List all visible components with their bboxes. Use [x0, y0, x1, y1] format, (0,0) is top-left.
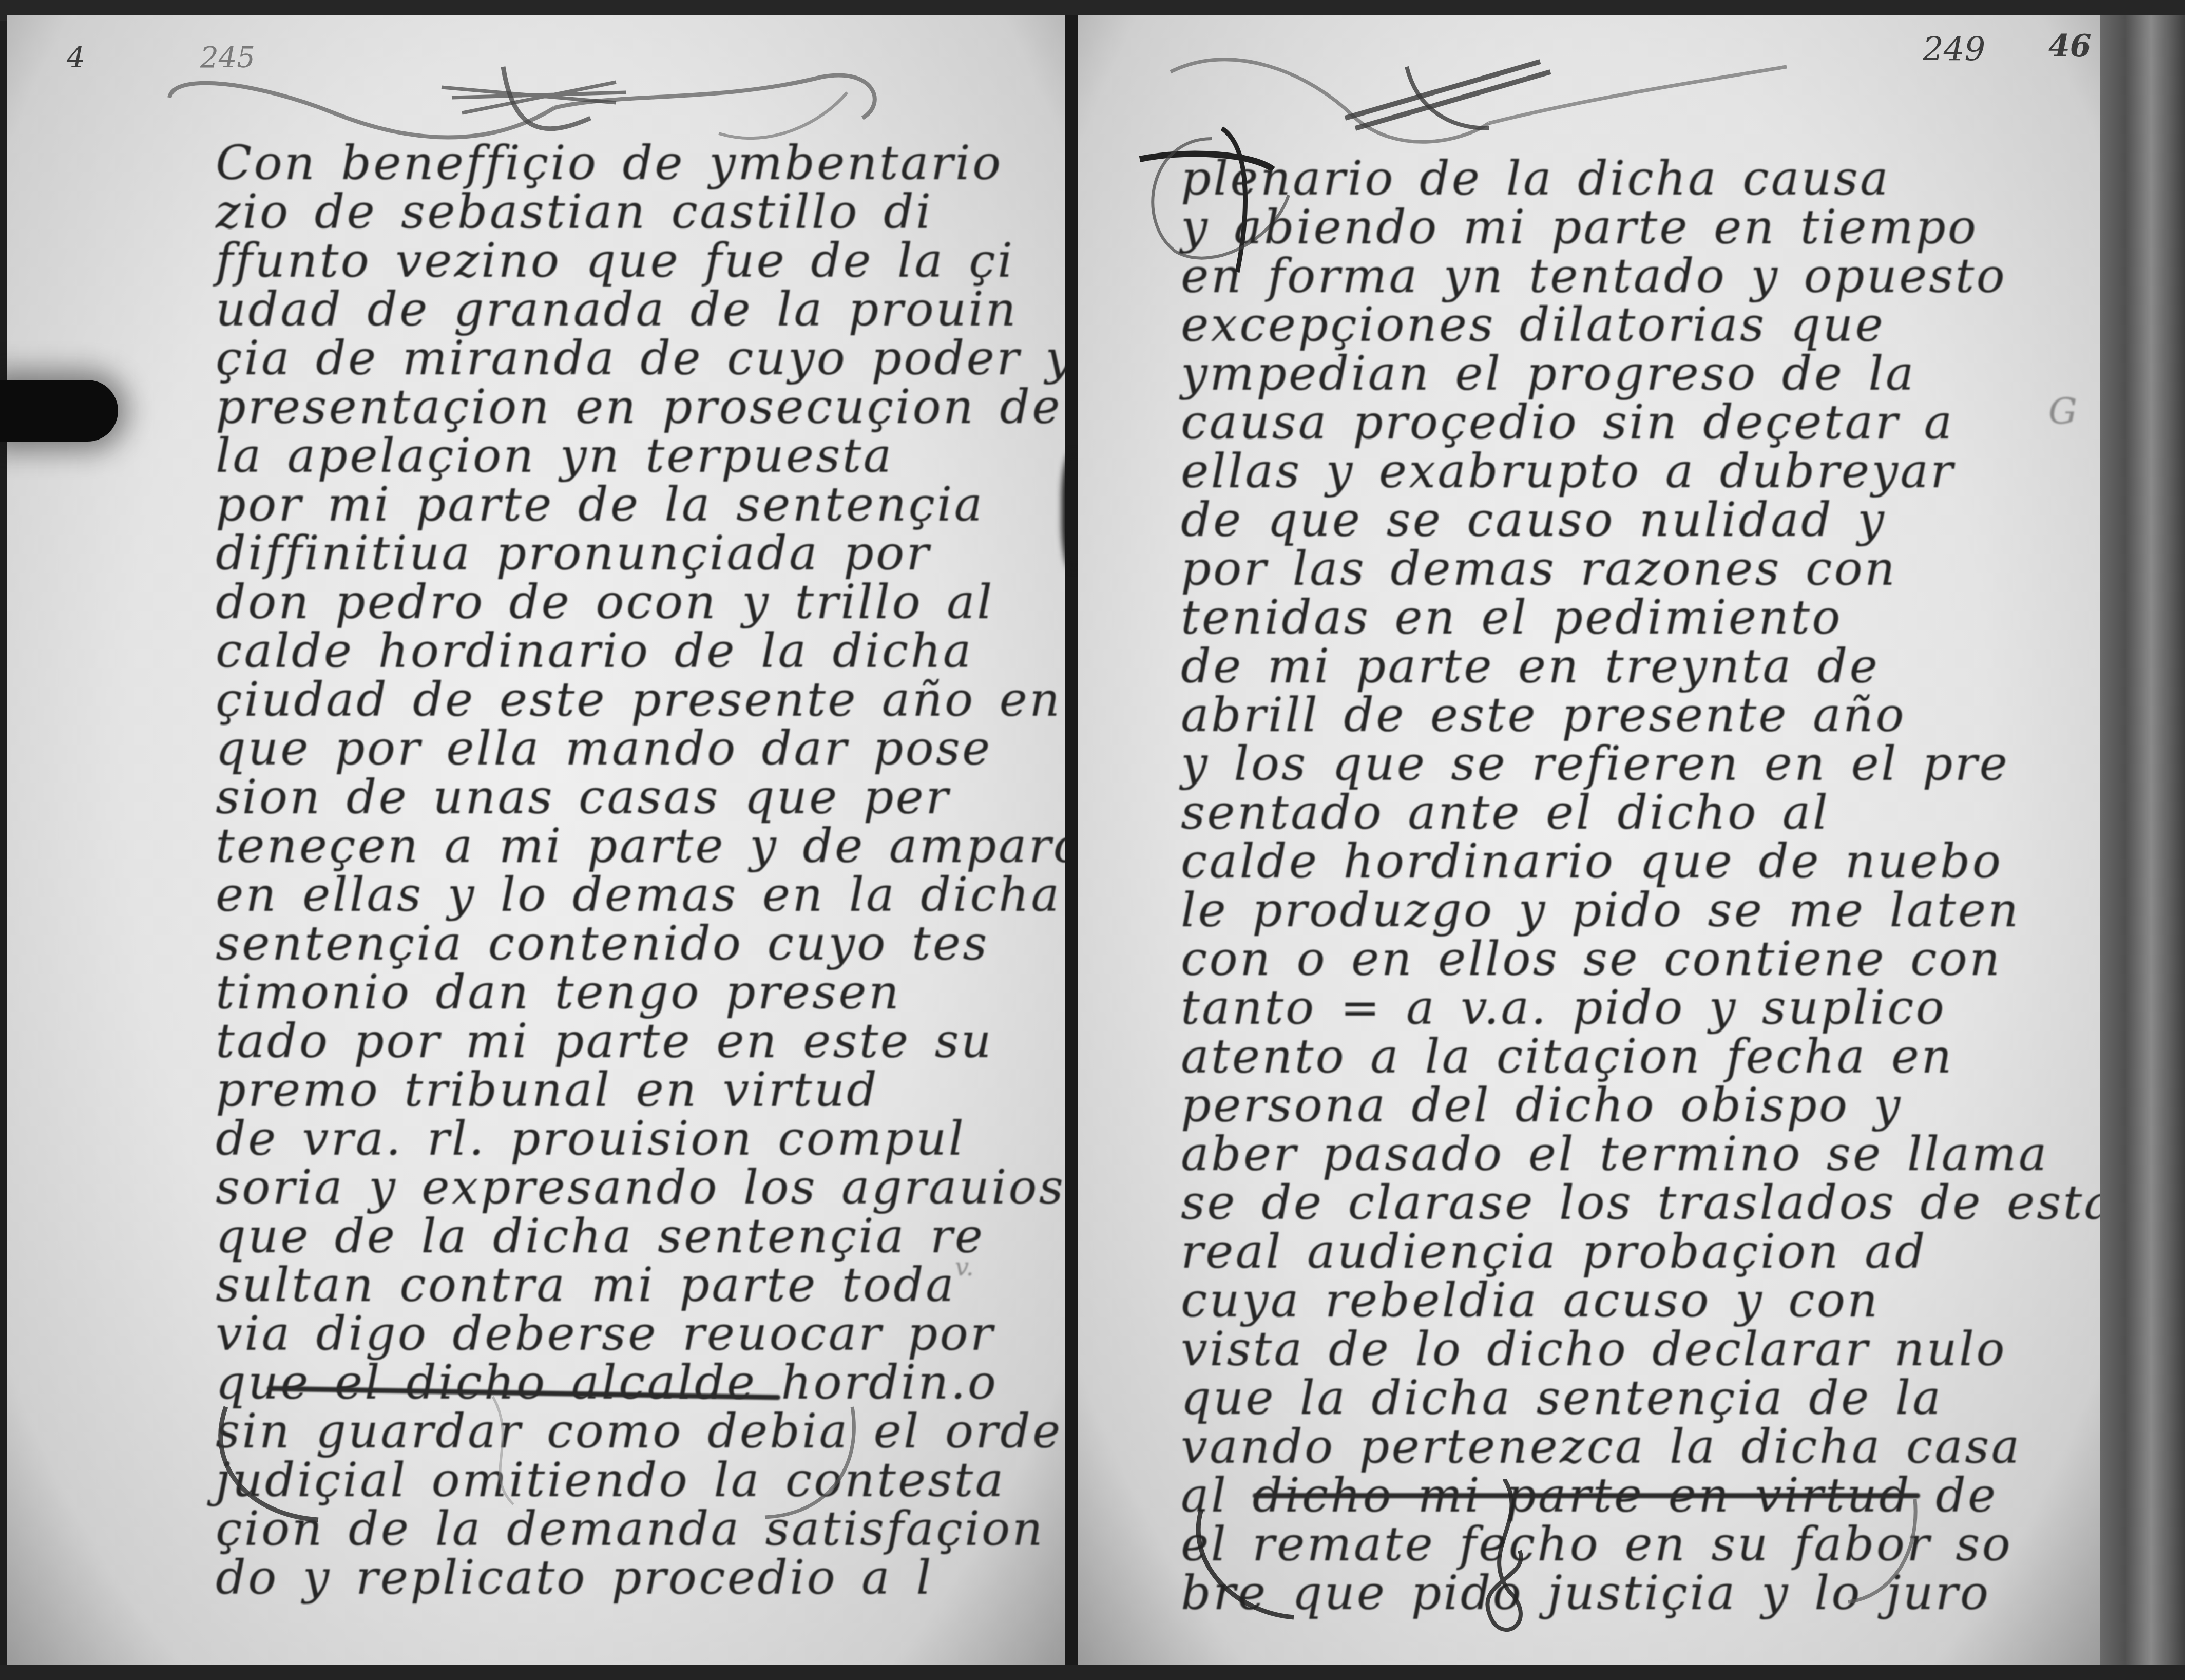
text-line: cuya rebeldia acuso y con: [1181, 1276, 1951, 1325]
text-line: de que se causo nulidad y: [1181, 495, 1951, 544]
text-line: zio de sebastian castillo di: [216, 187, 1006, 236]
text-line: ellas y exabrupto a dubreyar: [1181, 447, 1951, 495]
text-line: ympedian el progreso de la: [1181, 349, 1951, 398]
text-line: que la dicha sentençia de la: [1181, 1373, 1951, 1422]
text-line: soria y expresando los agrauios: [216, 1163, 1006, 1212]
microfilm-frame-bottom: [0, 1665, 2185, 1680]
text-line: le produzgo y pido se me laten: [1181, 886, 1951, 934]
text-line: abrill de este presente año: [1181, 691, 1951, 739]
text-line: y los que se refieren en el pre: [1181, 739, 1951, 788]
right-page-body: plenario de la dicha causa y abiendo mi …: [1181, 154, 1951, 1617]
left-footer-flourish-icon: [185, 1386, 904, 1540]
text-line: sentado ante el dicho al: [1181, 788, 1951, 837]
text-line: tenidas en el pedimiento: [1181, 593, 1951, 642]
text-line: sultan contra mi parte toda: [216, 1261, 1006, 1309]
left-marginal-note: v.: [955, 1253, 974, 1282]
text-line: teneçen a mi parte y de amparo: [216, 822, 1006, 870]
text-line: atento a la citaçion fecha en: [1181, 1032, 1951, 1081]
text-line: timonio dan tengo presen: [216, 968, 1006, 1017]
text-line: que de la dicha sentençia re: [216, 1212, 1006, 1261]
left-folio-mark-1: 4: [67, 41, 85, 74]
left-page-body: Con beneffiçio de ymbentario zio de seba…: [216, 139, 1006, 1602]
text-line: de mi parte en treynta de: [1181, 642, 1951, 691]
microfilm-clip-shadow: [0, 380, 118, 442]
text-line: por mi parte de la sentençia: [216, 480, 1006, 529]
text-line: se de clarase los traslados de esta: [1181, 1178, 1951, 1227]
text-line: vando pertenezca la dicha casa: [1181, 1422, 1951, 1471]
text-line: por las demas razones con: [1181, 544, 1951, 593]
text-line: y abiendo mi parte en tiempo: [1181, 203, 1951, 252]
text-line: tado por mi parte en este su: [216, 1017, 1006, 1065]
text-line: premo tribunal en virtud: [216, 1065, 1006, 1114]
text-line: en ellas y lo demas en la dicha: [216, 870, 1006, 919]
text-line: aber pasado el termino se llama: [1181, 1130, 1951, 1178]
text-line: Con beneffiçio de ymbentario: [216, 139, 1006, 187]
text-line: que por ella mando dar pose: [216, 724, 1006, 773]
book-fore-edge: [2100, 15, 2185, 1666]
text-line: vista de lo dicho declarar nulo: [1181, 1325, 1951, 1373]
text-line: calde hordinario que de nuebo: [1181, 837, 1951, 886]
text-line: do y replicato procedio a l: [216, 1553, 1006, 1602]
text-line: udad de granada de la prouin: [216, 285, 1006, 334]
right-marginal-note: G: [2048, 390, 2077, 432]
text-line: via digo deberse reuocar por: [216, 1309, 1006, 1358]
text-line: ffunto vezino que fue de la çi: [216, 236, 1006, 285]
text-line: sion de unas casas que per: [216, 773, 1006, 822]
right-folio-mark: 46: [2048, 28, 2092, 64]
text-line: çia de miranda de cuyo poder y ago: [216, 334, 1006, 383]
text-line: la apelaçion yn terpuesta: [216, 431, 1006, 480]
text-line: causa proçedio sin deçetar a: [1181, 398, 1951, 447]
right-footer-flourish-icon: [1171, 1479, 1941, 1653]
text-line: excepçiones dilatorias que: [1181, 300, 1951, 349]
text-line: diffinitiua pronunçiada por: [216, 529, 1006, 578]
text-line: persona del dicho obispo y: [1181, 1081, 1951, 1130]
text-line: real audiençia probaçion ad: [1181, 1227, 1951, 1276]
text-line: con o en ellos se contiene con: [1181, 934, 1951, 983]
text-line: presentaçion en prosecuçion de: [216, 383, 1006, 431]
text-line: don pedro de ocon y trillo al: [216, 578, 1006, 626]
text-line: sentençia contenido cuyo tes: [216, 919, 1006, 968]
text-line: calde hordinario de la dicha: [216, 626, 1006, 675]
text-line: çiudad de este presente año en: [216, 675, 1006, 724]
text-line: plenario de la dicha causa: [1181, 154, 1951, 203]
text-line: tanto = a v.a. pido y suplico: [1181, 983, 1951, 1032]
text-line: de vra. rl. prouision compul: [216, 1114, 1006, 1163]
text-line: en forma yn tentado y opuesto: [1181, 252, 1951, 300]
